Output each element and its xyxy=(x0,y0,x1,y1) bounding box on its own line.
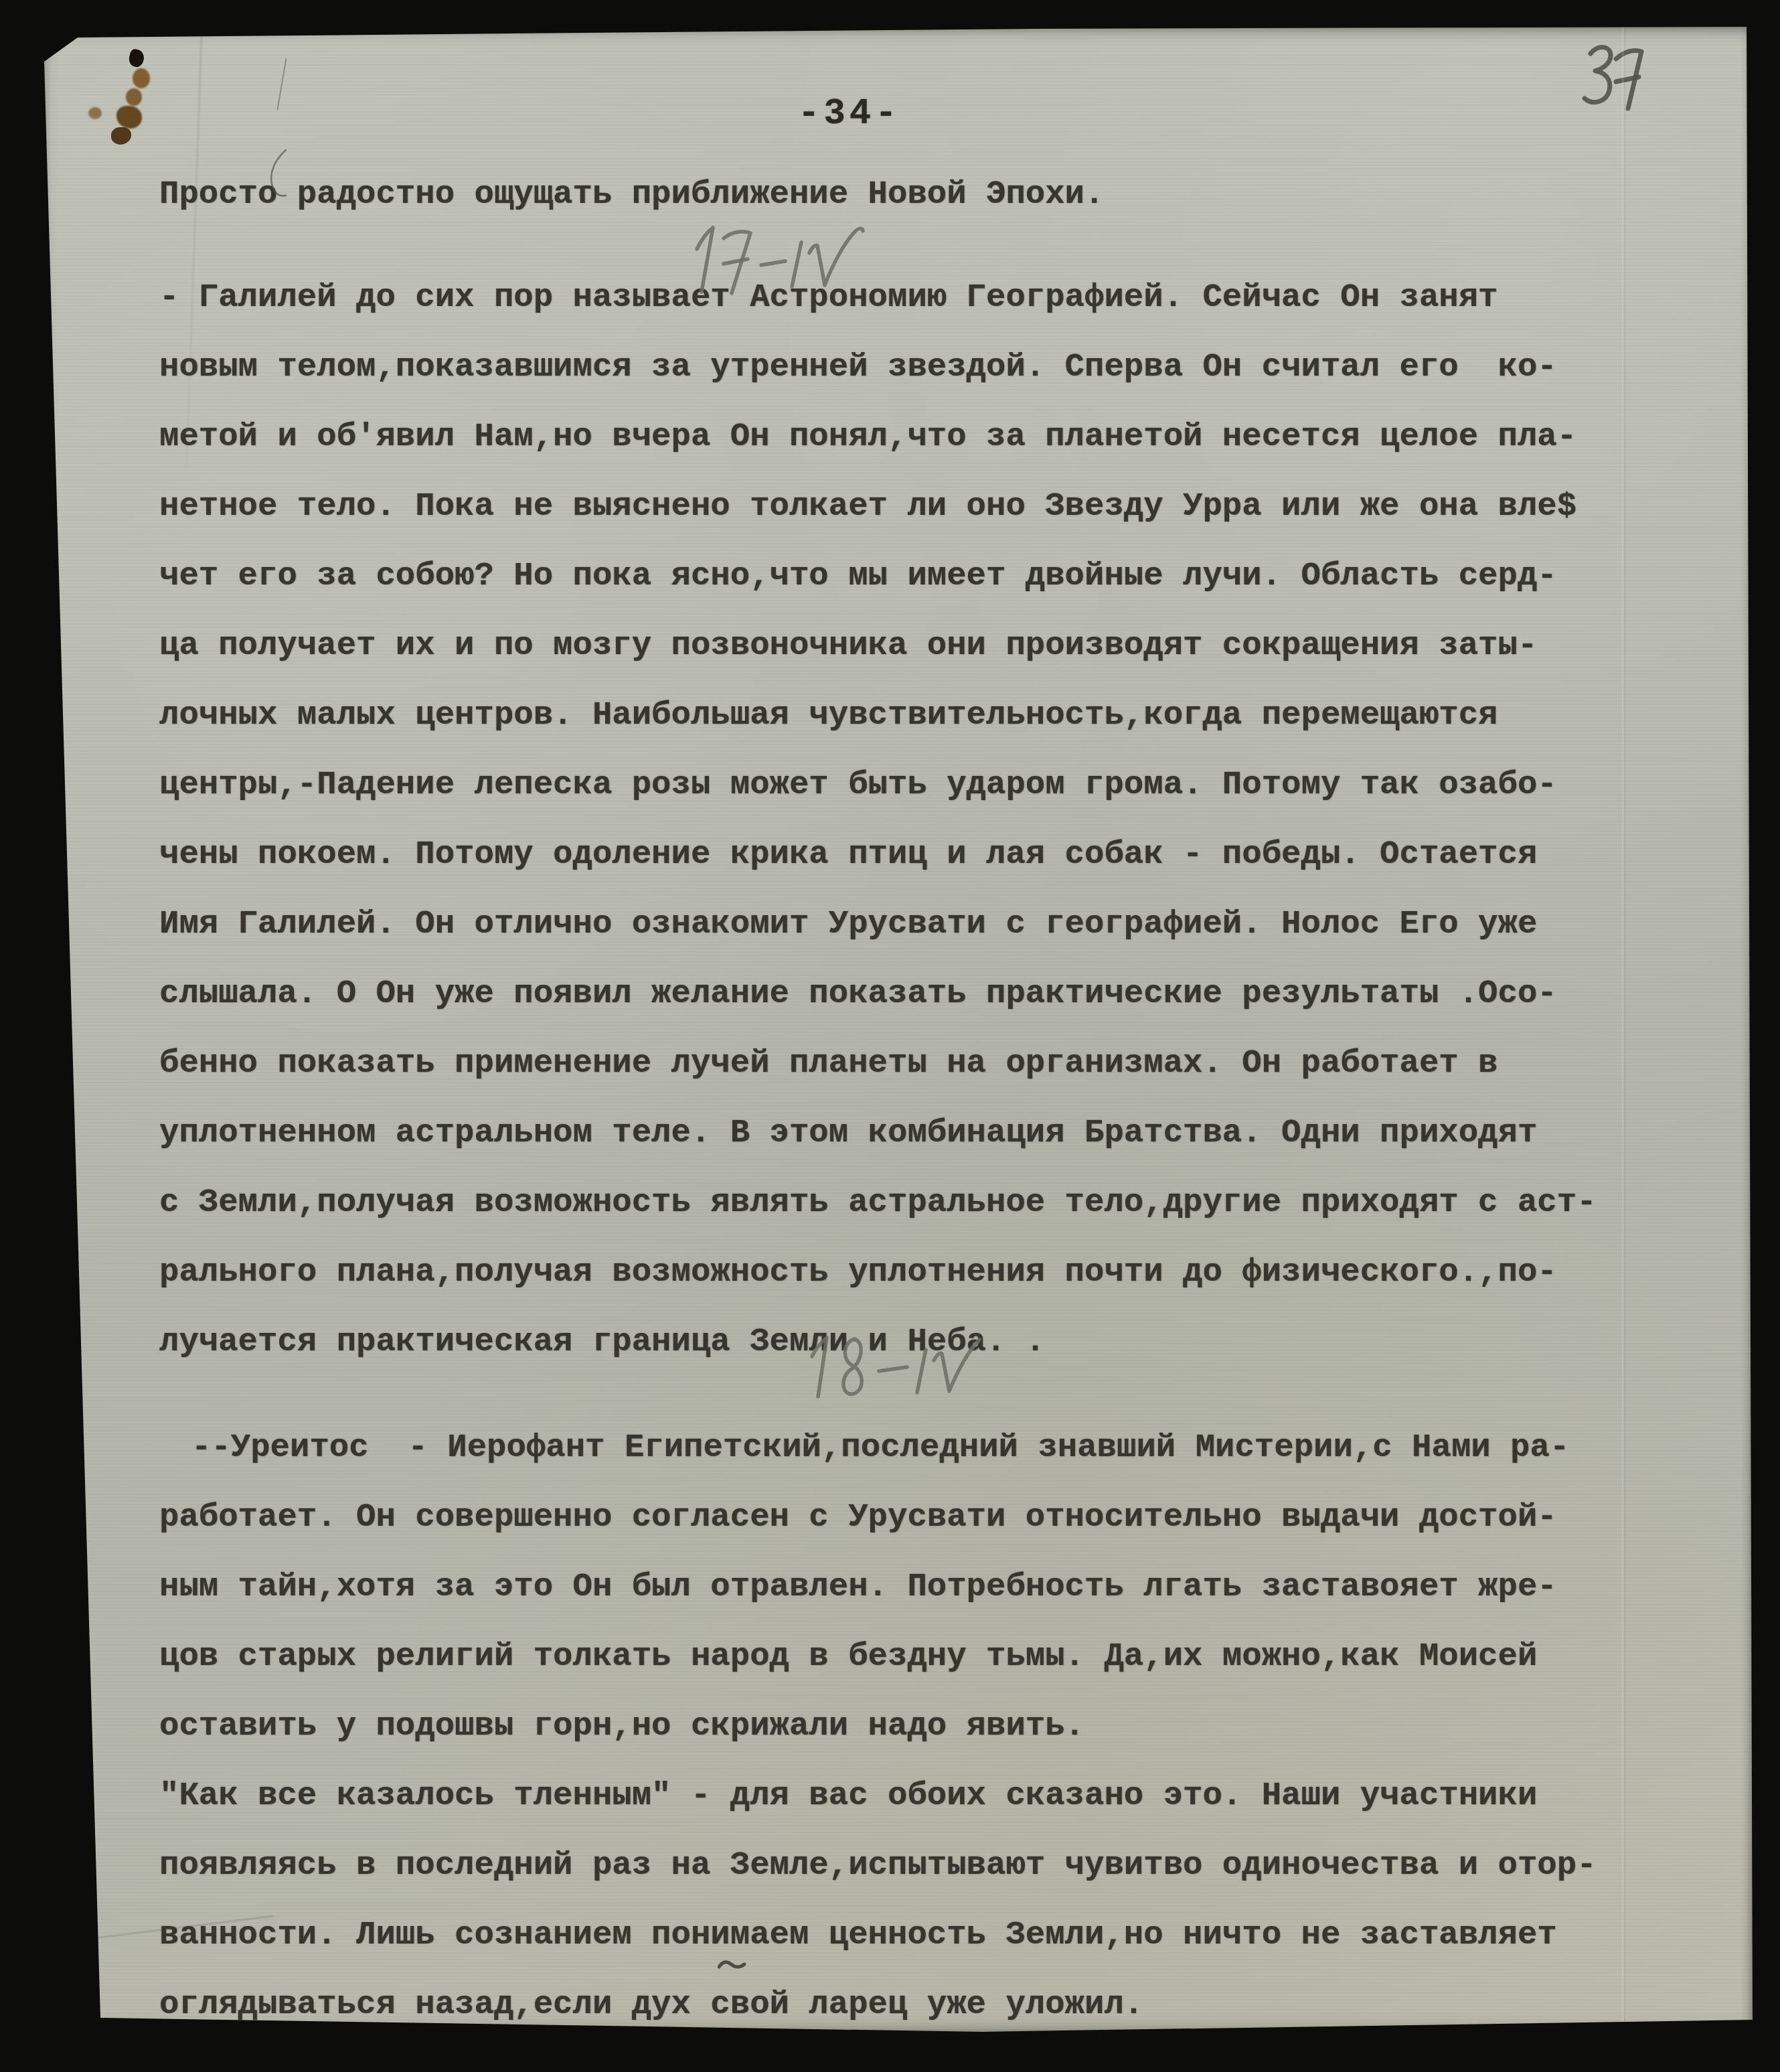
typed-line: чены покоем. Потому одоление крика птиц … xyxy=(159,819,1672,889)
typed-line: ца получает их и по мозгу позвоночника о… xyxy=(159,611,1672,680)
typed-line: --Уреитос - Иерофант Египетский,последни… xyxy=(159,1413,1672,1482)
typed-line: ным тайн,хотя за это Он был отравлен. По… xyxy=(159,1552,1672,1621)
handwritten-folio-number: 37 xyxy=(1573,39,1653,129)
typed-line: появляясь в последний раз на Земле,испыт… xyxy=(159,1830,1672,1900)
typed-line: Имя Галилей. Он отлично ознакомит Урусва… xyxy=(159,889,1672,959)
document-page: -34- Просто радостно ощущать приближение… xyxy=(40,27,1753,2034)
typed-line: оглядываться назад,если дух свой ларец у… xyxy=(159,1970,1672,2039)
ink-stain-dot xyxy=(126,88,142,106)
typed-line: оставить у подошвы горн,но скрижали надо… xyxy=(159,1691,1672,1761)
typed-line: бенно показать применение лучей планеты … xyxy=(159,1028,1672,1098)
typed-line: рального плана,получая возможность уплот… xyxy=(159,1237,1672,1307)
typed-line: уплотненном астральном теле. В этом комб… xyxy=(159,1098,1672,1168)
typed-line: цов старых религий толкать народ в бездн… xyxy=(159,1621,1672,1691)
typed-line: - Галилей до сих пор называет Астрономию… xyxy=(159,262,1672,332)
paper-scratch xyxy=(274,58,289,115)
scan-background: -34- Просто радостно ощущать приближение… xyxy=(0,0,1780,2072)
typed-line: "Как все казалось тленным" - для вас обо… xyxy=(159,1761,1672,1830)
typed-line: центры,-Падение лепеска розы может быть … xyxy=(159,750,1672,819)
ink-stain-dot xyxy=(133,68,150,88)
paper-crease xyxy=(1621,27,1626,2034)
handwritten-date-annotation: 17-IV xyxy=(679,222,880,306)
typed-line: чет его за собою? Но пока ясно,что мы им… xyxy=(159,541,1672,611)
typed-line: Просто радостно ощущать приближение Ново… xyxy=(159,159,1104,229)
typed-line: с Земли,получая возможность являть астра… xyxy=(159,1168,1672,1237)
typed-line: метой и об'явил Нам,но вчера Он понял,чт… xyxy=(159,402,1672,471)
paper-scratch xyxy=(266,149,293,203)
ink-stain-dot xyxy=(88,107,102,119)
typed-line: работает. Он совершенно согласен с Урусв… xyxy=(159,1482,1672,1552)
typed-line: нетное тело. Пока не выяснено толкает ли… xyxy=(159,471,1672,541)
typed-line: лочных малых центров. Наибольшая чувстви… xyxy=(159,680,1672,750)
pencil-37-strokes xyxy=(1573,39,1653,126)
typed-line: ванности. Лишь сознанием понимаем ценнос… xyxy=(159,1900,1672,1970)
typed-line: слышала. О Он уже появил желание показат… xyxy=(159,959,1672,1028)
ink-stain-dot xyxy=(111,127,131,145)
handwritten-date-annotation: 18-IV xyxy=(793,1331,1001,1408)
pencil-17-IV-strokes xyxy=(679,222,880,303)
ink-smudge xyxy=(718,1958,747,1976)
typed-text-block: - Галилей до сих пор называет Астрономию… xyxy=(159,262,1672,2039)
typed-line: новым телом,показавшимся за утренней зве… xyxy=(159,332,1672,402)
ink-stain-dot xyxy=(127,48,146,69)
ink-stain-dot xyxy=(116,106,142,129)
typed-page-number: -34- xyxy=(798,94,901,135)
pencil-18-IV-strokes xyxy=(793,1331,1001,1405)
